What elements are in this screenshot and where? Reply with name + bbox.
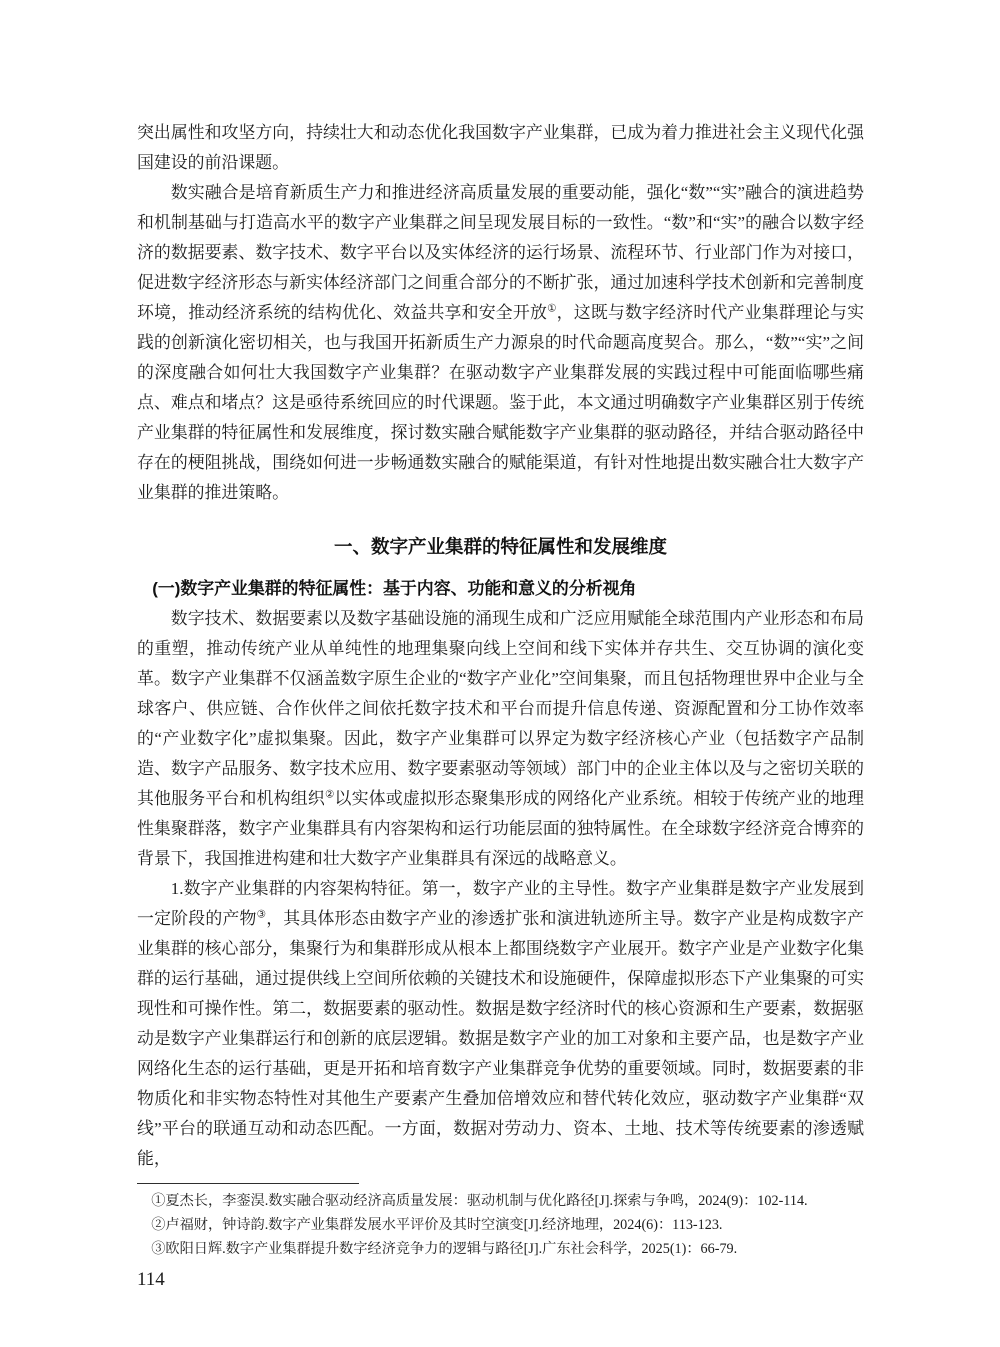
page-number: 114	[137, 1269, 864, 1291]
paragraph-continuation: 突出属性和攻坚方向，持续壮大和动态优化我国数字产业集群，已成为着力推进社会主义现…	[137, 118, 864, 178]
paragraph-cluster-definition: 数字技术、数据要素以及数字基础设施的涌现生成和广泛应用赋能全球范围内产业形态和布…	[137, 604, 864, 874]
page-content: 突出属性和攻坚方向，持续壮大和动态优化我国数字产业集群，已成为着力推进社会主义现…	[137, 118, 864, 1291]
subsection-heading: (一)数字产业集群的特征属性：基于内容、功能和意义的分析视角	[137, 574, 864, 604]
section-heading: 一、数字产业集群的特征属性和发展维度	[137, 532, 864, 562]
paragraph-intro: 数实融合是培育新质生产力和推进经济高质量发展的重要动能，强化“数”“实”融合的演…	[137, 178, 864, 508]
footnote-divider	[137, 1183, 359, 1184]
footnote-3: ③欧阳日辉.数字产业集群提升数字经济竞争力的逻辑与路径[J].广东社会科学，20…	[137, 1237, 864, 1261]
footnote-2: ②卢福财，钟诗韵.数字产业集群发展水平评价及其时空演变[J].经济地理，2024…	[137, 1213, 864, 1237]
footnote-1: ①夏杰长，李銮淏.数实融合驱动经济高质量发展：驱动机制与优化路径[J].探索与争…	[137, 1189, 864, 1213]
paragraph-content-architecture: 1.数字产业集群的内容架构特征。第一，数字产业的主导性。数字产业集群是数字产业发…	[137, 874, 864, 1174]
paper-page: 突出属性和攻坚方向，持续壮大和动态优化我国数字产业集群，已成为着力推进社会主义现…	[0, 0, 1000, 1347]
footnotes-section: ①夏杰长，李銮淏.数实融合驱动经济高质量发展：驱动机制与优化路径[J].探索与争…	[137, 1189, 864, 1261]
